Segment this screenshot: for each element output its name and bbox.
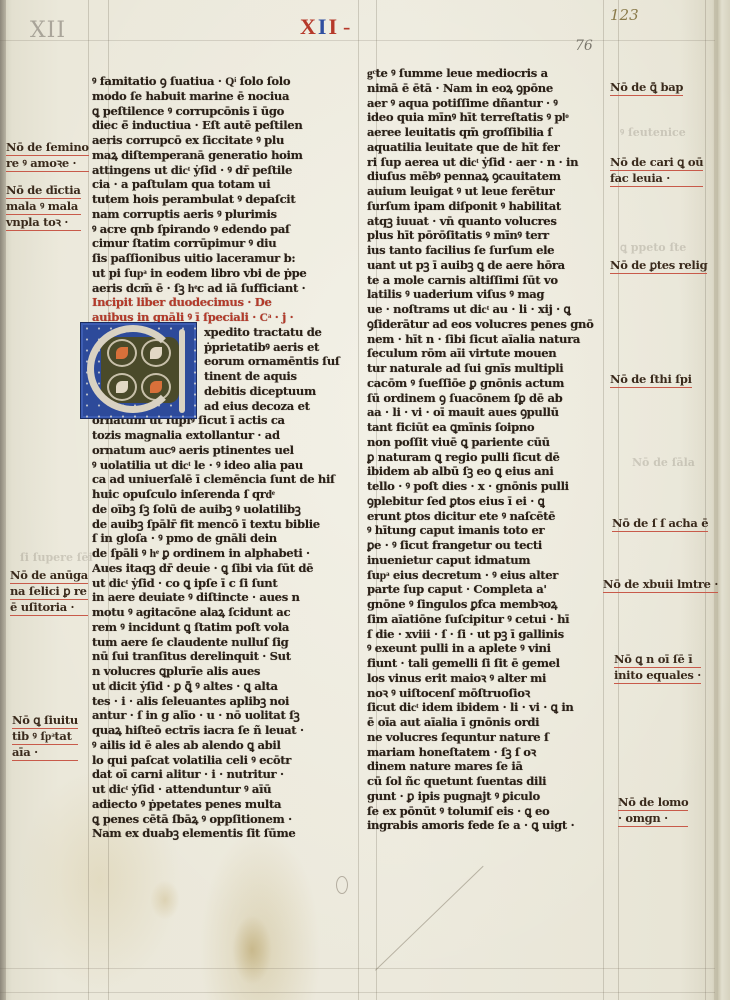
ruling-line <box>0 40 715 41</box>
text-line: attingens ut dicͭ ẏſid · ꝰ dr̄ peſtile <box>92 163 354 178</box>
margin-note-line: Nō de dīctia <box>6 183 81 199</box>
text-line: ſurſum ipam diſponit ꝰ habilitat <box>367 199 607 214</box>
text-line: te a mole carnis altiſſimi ſūt vo <box>367 273 607 288</box>
margin-note-right: Nō de ꝗ̄ bap <box>610 80 683 96</box>
text-line: tutem hois perambulat ꝰ depaſcit <box>92 192 354 207</box>
running-head-blue-i: I <box>318 14 329 39</box>
text-line: ſū ordinem ꝯ ſuacōnem ſꝑ dē ab <box>367 391 607 406</box>
text-line: aa · li · vi · oī mauit aues ꝯpullū <box>367 405 607 420</box>
text-line: modo ſe habuit marine ē nociua <box>92 89 354 104</box>
text-line: huic opuſculo inſerenda ſ qrdͤ <box>92 487 354 502</box>
text-line: dinem nature mares ſe iā <box>367 759 607 774</box>
text-line: ſ die · xviii · ſ · ſi · ut pꝫ ī gallini… <box>367 627 607 642</box>
margin-note-line: re ꝰ amoꝛe · <box>6 156 89 172</box>
text-line: rem ꝰ incidunt ꝗ ſtatim poſt vola <box>92 620 354 635</box>
text-line: quaꝝ hiſteō ectrīs iacra ſe ñ leuat · <box>92 723 354 738</box>
margin-note-line: Nō de ſ ſ acha ē <box>612 516 708 532</box>
text-line: cacōm ꝰ ſueſſiōe ꝑ gnōnis actum <box>367 376 607 391</box>
text-line: ꝗ peſtilence ꝰ corrupcōnis ī ūgo <box>92 104 354 119</box>
margin-note-left: Nō de anūga na ſelici ꝑ re ē uſitoria · <box>10 568 88 616</box>
ink-folio-number: 123 <box>610 6 639 24</box>
ruling-line <box>0 992 715 993</box>
text-line: ſim aīatiōne ſuſcipitur ꝰ cetui · hī <box>367 612 607 627</box>
text-line: ē oīa aut aīalia ī gnōnis ordi <box>367 715 607 730</box>
text-line: ſupͣ eius decretum · ꝰ eius alter <box>367 568 607 583</box>
ruling-line <box>705 0 706 1000</box>
water-stain <box>150 880 180 920</box>
text-line: ornatum aucꝰ aeris ptinentes uel <box>92 443 354 458</box>
text-line: nam corruptis aeris ꝰ plurimis <box>92 207 354 222</box>
text-line: diec ē̄ inductiua · Eſt autē peſtilen <box>92 118 354 133</box>
margin-note-line: inito equales · <box>614 668 701 684</box>
text-line: nimā ē ētā · Nam in eoꝝ ꝯpōne <box>367 81 607 96</box>
text-line: cū ſol ñc quetunt ſuentas dili <box>367 774 607 789</box>
text-line: atqꝫ iuuat · vn̄ quanto volucres <box>367 214 607 229</box>
text-line: ſeculum rōm aīi virtute mouen <box>367 346 607 361</box>
running-head-red-x: X <box>300 14 318 39</box>
text-line: ꝯſiderātur ad eos volucres penes gnō <box>367 317 607 332</box>
ruling-line <box>618 0 619 1000</box>
margin-note-line: ē uſitoria · <box>10 600 88 616</box>
text-line: ꝰ acre qnb ſpirando ꝰ edendo paſ <box>92 222 354 237</box>
running-head-red-i: I <box>328 14 339 39</box>
text-line: maꝝ diſtemperanā generatio hoim <box>92 148 354 163</box>
text-line: tum aere ſe claudente nulluſ ſig <box>92 635 354 650</box>
text-line: ꝗ penes cētā ſbāꝝ ꝰ oppſitionem · <box>92 812 354 827</box>
margin-note-line: Nō de ꝑtes relig <box>610 258 707 274</box>
text-line: aer ꝰ aqua potiſſime dñantur · ꝰ <box>367 96 607 111</box>
text-line: ꝑe · ꝰ ſicut frangetur ou tecti <box>367 538 607 553</box>
water-stain <box>232 915 272 985</box>
show-through-text: ꝰ ſeutenice <box>620 125 686 140</box>
ruling-line <box>358 0 359 1000</box>
margin-note-right: Nō de xbuii lmtre · <box>603 577 718 593</box>
margin-note-line: Nō de ꝗ̄ bap <box>610 80 683 96</box>
initial-letter-stem <box>179 329 185 413</box>
margin-note-line: Nō de ſemino <box>6 140 89 156</box>
margin-note-line: Nō de cari ꝗ oū <box>610 155 703 171</box>
text-line: n volucres ꝗplurīe alis aues <box>92 664 354 679</box>
text-line: parte ſup caput · Completa a' <box>367 582 607 597</box>
show-through-text: Nō de ſāla <box>632 455 695 470</box>
margin-note-right: Nō de cari ꝗ oū fac leuia · <box>610 155 703 187</box>
margin-note-line: Nō de lomo <box>618 795 688 811</box>
margin-note-right: Nō de ꝑtes relig <box>610 258 707 274</box>
text-line: lo qui paſcat volatilia celi ꝰ ecōtr <box>92 753 354 768</box>
text-line: cimur ſtatim corrūpimur ꝰ diu <box>92 236 354 251</box>
margin-note-line: na ſelici ꝑ re <box>10 584 88 600</box>
show-through-text: ſi ſupere ſēi <box>20 550 93 565</box>
text-line: uant ut pꝫ ī auibꝫ ꝗ de aere hōra <box>367 258 607 273</box>
text-line: non poſſit viuē ꝗ pariente cūū <box>367 435 607 450</box>
text-line: auium leuigat ꝰ ut leue ferētur <box>367 184 607 199</box>
text-line: ſe ex pōnūt ꝰ tolumiſ eis · ꝗ eo <box>367 804 607 819</box>
text-line: adiecto ꝰ ṗpetates penes multa <box>92 797 354 812</box>
pencil-folio-number: XII <box>30 18 66 43</box>
show-through-text: ꝗ ppeto ſte <box>620 240 686 255</box>
text-line: tozis magnalia extollantur · ad <box>92 428 354 443</box>
text-line: ut dicit ẏſid · ꝑ ꝗ̄ ꝰ altes · ꝗ alta <box>92 679 354 694</box>
text-line: ꝰ hītung caput imanis toto er <box>367 523 607 538</box>
text-line: de ſpāli ꝰ hͤ ꝑ ordinem in alphabeti · <box>92 546 354 561</box>
margin-note-right: Nō de ſ ſ acha ē <box>612 516 708 532</box>
text-line: ꝰ famitatio ꝯ ſuatiua · Qͥ ſolo ſolo <box>92 74 354 89</box>
text-line: plus hīt pōrōſitatis ꝰ mīnꝰ terr <box>367 228 607 243</box>
margin-note-left: Nō ꝗ ſiuitu tib ꝰ ſpͣtat aīa · <box>12 713 78 761</box>
text-line: latilis ꝰ uaderium viſus ꝰ mag <box>367 287 607 302</box>
text-line: nem · hīt n · ſibi ſicut aīalia natura <box>367 332 607 347</box>
text-line: ꝑ naturam ꝗ regio pulli ſicut dē <box>367 450 607 465</box>
text-line: aquatilia leuitate que de hīt fer <box>367 140 607 155</box>
text-line: tur naturale ad ſui gnīs multipli <box>367 361 607 376</box>
margin-note-right: Nō ꝗ n oī ſē ī inito equales · <box>614 652 701 684</box>
text-line: nū ſui tranſitus derelinquit · Sut <box>92 649 354 664</box>
text-line: ca ad uniuerſalē ī clemēncia ſunt de hiſ <box>92 472 354 487</box>
text-line: ſis paſſionibus uitio laceramur b: <box>92 251 354 266</box>
margin-note-line: Nō de xbuii lmtre · <box>603 577 718 593</box>
margin-note-line: vnpla toꝛ · <box>6 215 81 231</box>
initial-letter-body <box>87 325 179 413</box>
text-line: ingrabis amoris fede ſe a · ꝗ uigt · <box>367 818 607 833</box>
margin-note-right: Nō de ſthi ſpi <box>610 372 692 388</box>
text-line: ꝰ exeunt pulli in a aplete ꝰ vini <box>367 641 607 656</box>
text-line: aeris dcm̄ ē · ſꝫ hͤc ad iā ſufficiant · <box>92 281 354 296</box>
text-line: tant ficiūt ea ꝗmīnis ſoipno <box>367 420 607 435</box>
text-line: gnōne ꝰ ſingulos ꝑfca membꝛoꝝ <box>367 597 607 612</box>
margin-note-line: fac leuia · <box>610 171 703 187</box>
margin-note-line: Nō de anūga <box>10 568 88 584</box>
text-line: motu ꝰ agitacōne alaꝝ ſcidunt ac <box>92 605 354 620</box>
text-line: tello · ꝰ poſt dies · x · gnōnis pulli <box>367 479 607 494</box>
text-line: gunt · ꝑ ipis pugnajt ꝰ ꝑiculo <box>367 789 607 804</box>
text-line: de auibꝫ ſpālr̄ fit mencō ī textu biblie <box>92 517 354 532</box>
margin-note-line: · omgn · <box>618 811 688 827</box>
text-line: ſ in gloſa · ꝰ pmo de gnāli dein <box>92 531 354 546</box>
text-line: ꝰ ailis id ē ales ab alendo ꝗ abil <box>92 738 354 753</box>
text-line: aeris corrupcō ex ſiccitate ꝰ plu <box>92 133 354 148</box>
text-line: aeree leuitatis qm̄ groſſibilia ſ <box>367 125 607 140</box>
pencil-page-number: 76 <box>575 38 593 54</box>
text-line: ius tanto facilius ſe ſurſum ele <box>367 243 607 258</box>
text-column-left: ꝰ famitatio ꝯ ſuatiua · Qͥ ſolo ſolo mod… <box>92 74 354 841</box>
page-fore-edge <box>714 0 718 1000</box>
margin-note-line: Nō ꝗ ſiuitu <box>12 713 78 729</box>
running-head-tail: - <box>343 14 352 39</box>
margin-note-left: Nō de dīctia mala ꝰ mala vnpla toꝛ · <box>6 183 81 231</box>
pen-loop <box>336 876 348 894</box>
text-line: ut pi ſupͣ in eodem libro vbi de ṗpe <box>92 266 354 281</box>
text-line: ꝰ uolatilia ut dicͭ le · ꝰ ideo alia pau <box>92 458 354 473</box>
text-line: ut dicͭ ẏſid · co ꝗ ipſe ī c ſi ſunt <box>92 576 354 591</box>
manuscript-page: XII XII- 123 76 ꝰ ſeutenice ꝗ ppeto ſte … <box>0 0 730 1000</box>
text-line: diuſus mēbꝰ pennaꝝ ꝯcauitatem <box>367 169 607 184</box>
text-line: de oībꝫ ſꝫ ſolū de auibꝫ ꝰ uolatilibꝫ <box>92 502 354 517</box>
rubric-line: Incipit liber duodecimus · De <box>92 295 354 310</box>
stray-pen-stroke <box>375 866 484 971</box>
margin-note-right: Nō de lomo · omgn · <box>618 795 688 827</box>
text-line: gͨte ꝰ ſumme leue mediocris a <box>367 66 607 81</box>
text-column-right: gͨte ꝰ ſumme leue mediocris a nimā ē ētā… <box>367 66 607 833</box>
margin-note-line: tib ꝰ ſpͣtat <box>12 729 78 745</box>
text-line: in aere deuiate ꝰ diſtincte · aues n <box>92 590 354 605</box>
text-line: inuenietur caput idmatum <box>367 553 607 568</box>
text-line: ri ſup aerea ut dicͭ ẏſid · aer · n · in <box>367 155 607 170</box>
text-line: tes · i · alis ſeleuantes aplibꝫ noi <box>92 694 354 709</box>
text-line: Aues itaqꝫ dr̄ deuie · ꝗ ſibi via ſūt dē <box>92 561 354 576</box>
running-head-book-number: XII- <box>300 14 352 40</box>
text-line: ue · noſtrams ut dicͭ au · li · xij · ꝗ <box>367 302 607 317</box>
text-line: antur · ſ in g alīo · u · nō uolitat ſꝫ <box>92 708 354 723</box>
text-line: los vinus erit maioꝛ ꝰ alter mi <box>367 671 607 686</box>
margin-note-line: Nō de ſthi ſpi <box>610 372 692 388</box>
text-line: ut dicͭ ẏſid · attenduntur ꝰ aīū <box>92 782 354 797</box>
margin-note-line: aīa · <box>12 745 78 761</box>
text-line: ſicut dicͭ idem ibidem · li · vi · ꝗ in <box>367 700 607 715</box>
text-line: ibidem ab albū ſꝫ eo ꝗ eius ani <box>367 464 607 479</box>
text-line: cia · a paſtulam qua totam ui <box>92 177 354 192</box>
ruling-line <box>0 968 715 969</box>
margin-note-left: Nō de ſemino re ꝰ amoꝛe · <box>6 140 89 172</box>
decorated-initial-e <box>80 322 197 419</box>
text-line: mariam honeſtatem · ſꝫ ſ oꝛ <box>367 745 607 760</box>
text-line: fiunt · tali gemelli ſi ſit ē gemel <box>367 656 607 671</box>
text-line: noꝛ ꝰ uiſtocenſ mōſtruoſioꝛ <box>367 686 607 701</box>
text-line: dat oī carni alitur · i · nutritur · <box>92 767 354 782</box>
text-line: Nam ex duabꝫ elementis ſit ſūme <box>92 826 354 841</box>
text-line: ne volucres ſequntur nature ſ <box>367 730 607 745</box>
text-line: ideo quia mīnꝰ hīt terreſtatis ꝰ plͦ <box>367 110 607 125</box>
text-line: ꝯplebitur ſed ꝑtos eius ī ei · ꝗ <box>367 494 607 509</box>
margin-note-line: mala ꝰ mala <box>6 199 81 215</box>
text-line: erunt ꝑtos dicitur ete ꝰ naſcētē <box>367 509 607 524</box>
margin-note-line: Nō ꝗ n oī ſē ī <box>614 652 701 668</box>
